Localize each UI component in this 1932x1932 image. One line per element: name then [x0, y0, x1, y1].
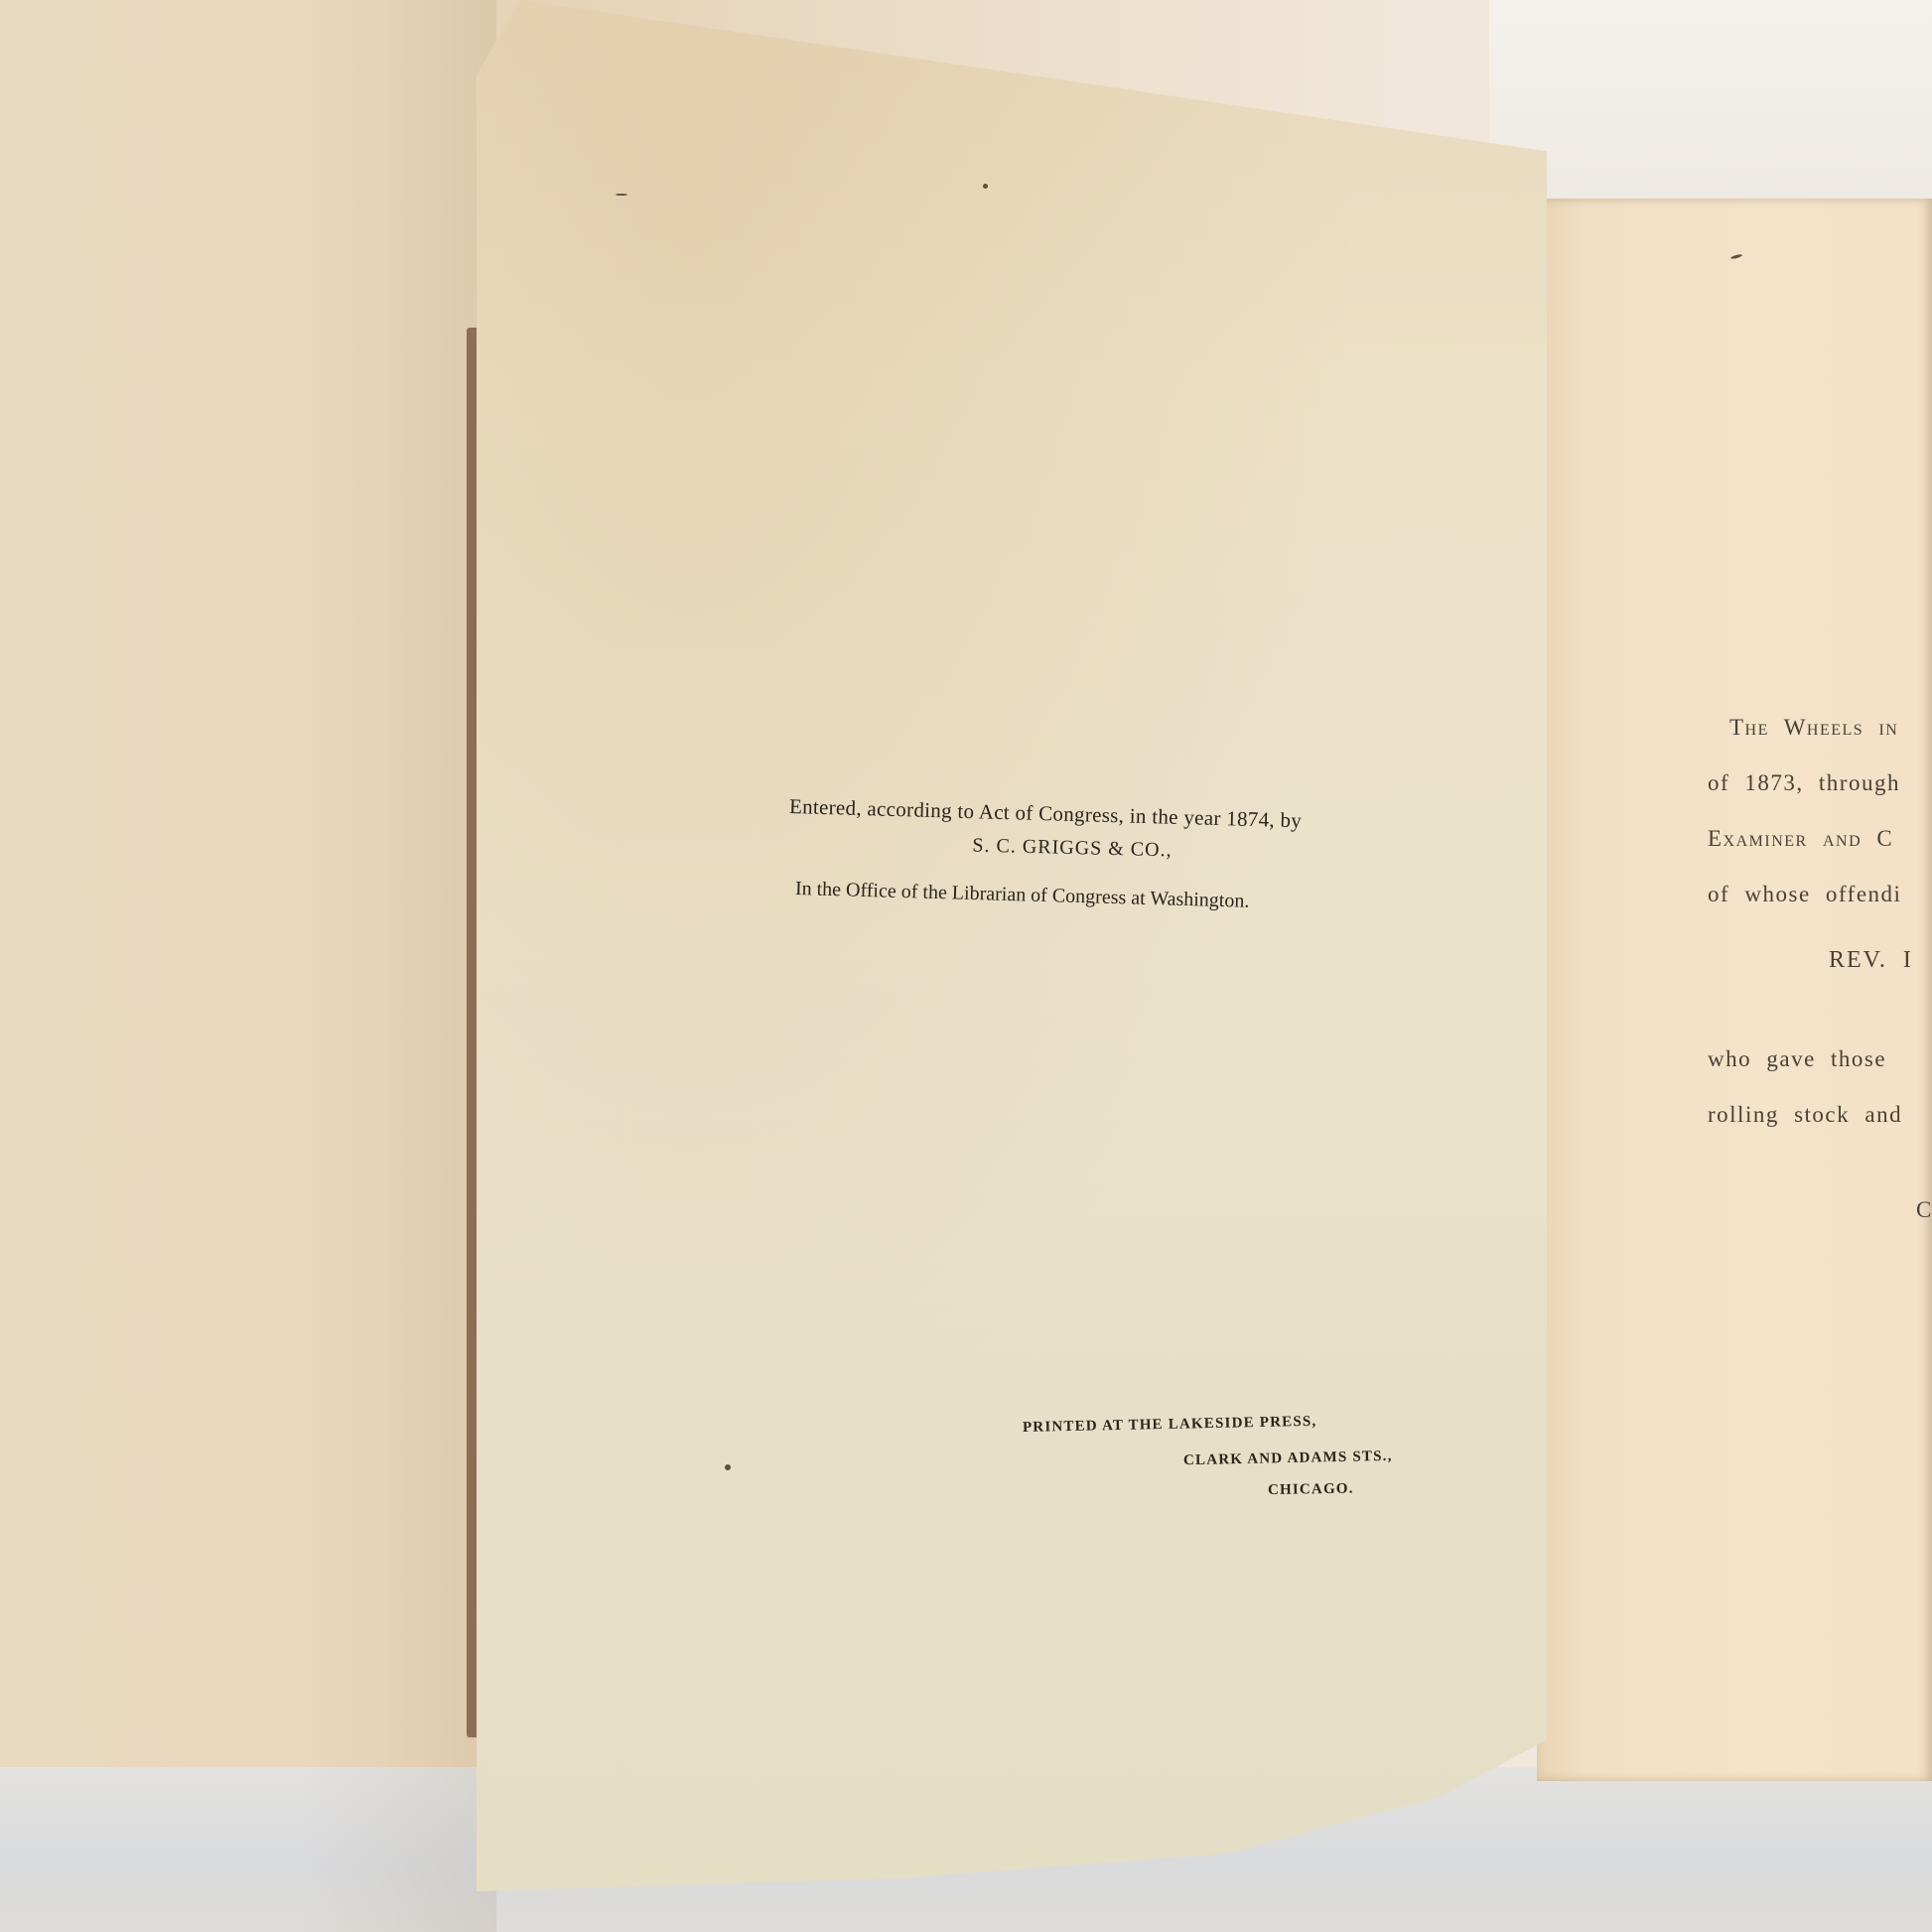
left-page: Entered, according to Act of Congress, i… [477, 0, 1547, 1891]
copyright-line-1: Entered, according to Act of Congress, i… [789, 794, 1355, 835]
background-wall [1489, 0, 1932, 204]
dedication-line: The Wheels in [1729, 715, 1932, 770]
imprint-line-3: CHICAGO. [1268, 1480, 1393, 1499]
dedication-text: The Wheels in of 1873, through Examiner … [1708, 715, 1932, 1223]
page-discoloration [477, 0, 1547, 1891]
imprint-line-2: CLARK AND ADAMS STS., [1183, 1449, 1393, 1469]
dedication-line: of whose offendi [1708, 882, 1932, 937]
paper-speck [725, 1464, 731, 1470]
copyright-notice: Entered, according to Act of Congress, i… [789, 794, 1355, 900]
paper-speck [616, 194, 627, 196]
dedication-line: who gave those [1708, 1046, 1932, 1102]
printer-imprint: PRINTED AT THE LAKESIDE PRESS, CLARK AND… [1023, 1420, 1393, 1498]
dedicatee-name: REV. I [1829, 947, 1932, 1046]
dedication-line: of 1873, through [1708, 770, 1932, 826]
publisher-name: S. C. GRIGGS & CO., [789, 830, 1355, 867]
dedication-line: rolling stock and [1708, 1102, 1932, 1158]
dedication-line: Examiner and C [1708, 826, 1932, 882]
signature-initial: C [1916, 1197, 1932, 1223]
paper-speck [1730, 253, 1742, 259]
paper-speck [983, 184, 988, 189]
